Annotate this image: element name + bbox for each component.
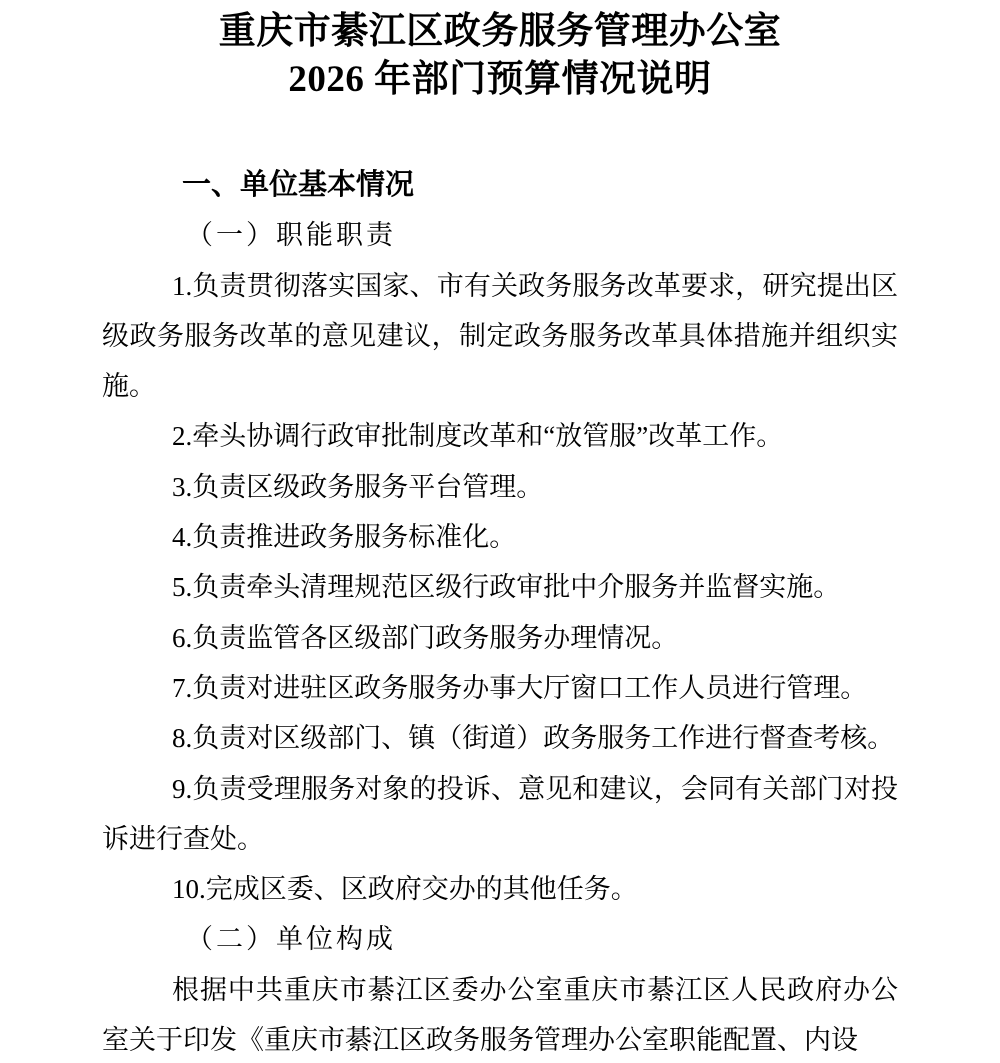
subsection-heading-composition: （二）单位构成 bbox=[102, 914, 898, 964]
subsection-heading-duties: （一）职能职责 bbox=[102, 210, 898, 260]
paragraph-duty-3: 3.负责区级政务服务平台管理。 bbox=[102, 462, 898, 512]
paragraph-duty-2: 2.牵头协调行政审批制度改革和“放管服”改革工作。 bbox=[102, 411, 898, 461]
paragraph-duty-6: 6.负责监管各区级部门政务服务办理情况。 bbox=[102, 613, 898, 663]
paragraph-duty-7: 7.负责对进驻区政务服务办事大厅窗口工作人员进行管理。 bbox=[102, 663, 898, 713]
document-page: 重庆市綦江区政务服务管理办公室 2026 年部门预算情况说明 一、单位基本情况 … bbox=[0, 0, 1000, 1063]
paragraph-duty-10: 10.完成区委、区政府交办的其他任务。 bbox=[102, 864, 898, 914]
paragraph-duty-4: 4.负责推进政务服务标准化。 bbox=[102, 512, 898, 562]
title-line-1: 重庆市綦江区政务服务管理办公室 bbox=[0, 8, 1000, 56]
document-title: 重庆市綦江区政务服务管理办公室 2026 年部门预算情况说明 bbox=[0, 8, 1000, 103]
paragraph-composition: 根据中共重庆市綦江区委办公室重庆市綦江区人民政府办公室关于印发《重庆市綦江区政务… bbox=[102, 965, 898, 1063]
section-heading-basic-info: 一、单位基本情况 bbox=[102, 160, 898, 210]
title-line-2: 2026 年部门预算情况说明 bbox=[0, 56, 1000, 104]
paragraph-duty-1: 1.负责贯彻落实国家、市有关政务服务改革要求，研究提出区级政务服务改革的意见建议… bbox=[102, 261, 898, 412]
document-body: 一、单位基本情况 （一）职能职责 1.负责贯彻落实国家、市有关政务服务改革要求，… bbox=[102, 160, 898, 1063]
paragraph-duty-9: 9.负责受理服务对象的投诉、意见和建议，会同有关部门对投诉进行查处。 bbox=[102, 764, 898, 865]
paragraph-duty-5: 5.负责牵头清理规范区级行政审批中介服务并监督实施。 bbox=[102, 562, 898, 612]
paragraph-duty-8: 8.负责对区级部门、镇（街道）政务服务工作进行督查考核。 bbox=[102, 713, 898, 763]
